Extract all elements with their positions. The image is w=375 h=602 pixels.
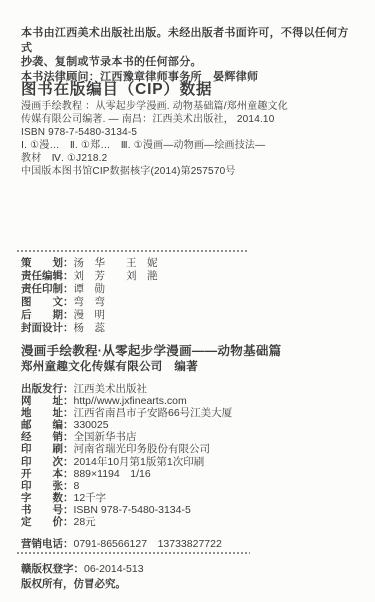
credit-value: 漫 明: [74, 309, 106, 321]
publishing-label: 字 数：: [21, 492, 74, 504]
publishing-label: 地 址：: [21, 407, 74, 419]
credit-row: 图 文：弯 弯: [21, 296, 158, 309]
publishing-row: 印 次：2014年10月第1版第1次印刷: [21, 456, 232, 468]
credit-row: 责任印制：谭 勋: [21, 283, 158, 296]
registration-line: 赣版权登字：06-2014-513: [21, 561, 144, 576]
credit-row: 策 划：汤 华 王 妮: [21, 257, 158, 270]
publishing-label: 经 销：: [21, 431, 74, 443]
publishing-row: 印 张：8: [21, 480, 232, 492]
credit-row: 封面设计：杨 蕊: [21, 322, 158, 335]
publishing-row: 印 刷：河南省瑞光印务股份有限公司: [21, 443, 232, 455]
copyright-page: 本书由江西美术出版社出版。未经出版者书面许可，不得以任何方式 抄袭、复制或节录本…: [0, 0, 375, 602]
publishing-value: 江西省南昌市子安路66号江美大厦: [74, 407, 233, 419]
publishing-row: 定 价：28元: [21, 516, 232, 528]
credit-value: 弯 弯: [74, 296, 106, 308]
credit-row: 责任编辑：刘 芳 刘 滟: [21, 270, 158, 283]
marketing-phone-line: 营销电话：0791-86566127 13733827722: [21, 536, 222, 551]
publishing-value: 全国新华书店: [74, 431, 137, 443]
publishing-value: 2014年10月第1版第1次印刷: [74, 456, 205, 468]
notice-line: 本书由江西美术出版社出版。未经出版者书面许可，不得以任何方式: [21, 26, 356, 55]
registration-value: 06-2014-513: [84, 563, 144, 575]
publishing-label: 书 号：: [21, 504, 74, 516]
publishing-label: 印 刷：: [21, 443, 74, 455]
credit-value: 汤 华 王 妮: [74, 257, 158, 269]
publishing-label: 开 本：: [21, 468, 74, 480]
publishing-value: 889×1194 1/16: [74, 468, 151, 480]
publishing-label: 网 址：: [21, 395, 74, 407]
publishing-value: 河南省瑞光印务股份有限公司: [74, 443, 211, 455]
cip-line: Ⅰ. ①漫… Ⅱ. ①郑… Ⅲ. ①漫画—动物画—绘画技法—: [21, 139, 361, 152]
credit-label: 封面设计：: [21, 322, 74, 334]
publishing-label: 印 次：: [21, 456, 74, 468]
credit-value: 刘 芳 刘 滟: [74, 270, 158, 282]
credits-block: 策 划：汤 华 王 妮 责任编辑：刘 芳 刘 滟 责任印制：谭 勋 图 文：弯 …: [21, 257, 158, 335]
credit-label: 后 期：: [21, 309, 74, 321]
publishing-block: 出版发行：江西美术出版社 网 址：http//www.jxfinearts.co…: [21, 383, 232, 528]
publishing-label: 出版发行：: [21, 383, 74, 395]
publishing-value: 江西美术出版社: [74, 383, 148, 395]
copyright-line: 版权所有，仿冒必究。: [21, 576, 126, 591]
publishing-label: 定 价：: [21, 516, 74, 528]
credit-row: 后 期：漫 明: [21, 309, 158, 322]
cip-line: 漫画手绘教程 ：从零起步学漫画. 动物基础篇/郑州童趣文化: [21, 100, 361, 113]
notice-line: 抄袭、复制或节录本书的任何部分。: [21, 55, 356, 70]
book-author: 郑州童趣文化传媒有限公司 编著: [21, 358, 198, 374]
publishing-row: 开 本：889×1194 1/16: [21, 468, 232, 480]
registration-label: 赣版权登字：: [21, 563, 84, 575]
publishing-value: 8: [74, 480, 80, 492]
publishing-value: ISBN 978-7-5480-3134-5: [74, 504, 191, 516]
marketing-value: 0791-86566127 13733827722: [74, 538, 222, 550]
credit-label: 责任编辑：: [21, 270, 74, 282]
dashed-separator-top: [17, 250, 247, 252]
credit-label: 图 文：: [21, 296, 74, 308]
book-title: 漫画手绘教程·从零起步学漫画——动物基础篇: [21, 341, 281, 359]
credit-value: 杨 蕊: [74, 322, 106, 334]
publishing-row: 邮 编：330025: [21, 419, 232, 431]
dashed-separator-bottom: [17, 552, 250, 554]
publishing-value: 28元: [74, 516, 96, 528]
publishing-row: 经 销：全国新华书店: [21, 431, 232, 443]
publishing-label: 印 张：: [21, 480, 74, 492]
cip-line: ISBN 978-7-5480-3134-5: [21, 126, 361, 139]
publishing-row: 字 数：12千字: [21, 492, 232, 504]
cip-line: 传媒有限公司编著. — 南昌：江西美术出版社， 2014.10: [21, 113, 361, 126]
credit-value: 谭 勋: [74, 283, 106, 295]
publishing-row: 网 址：http//www.jxfinearts.com: [21, 395, 232, 407]
publishing-row: 出版发行：江西美术出版社: [21, 383, 232, 395]
publishing-value: 330025: [74, 419, 109, 431]
publishing-row: 书 号：ISBN 978-7-5480-3134-5: [21, 504, 232, 516]
cip-line: 中国版本图书馆CIP数据核字(2014)第257570号: [21, 165, 361, 178]
cip-line: 教材 Ⅳ. ①J218.2: [21, 152, 361, 165]
publishing-label: 邮 编：: [21, 419, 74, 431]
marketing-label: 营销电话：: [21, 538, 74, 550]
cip-record: 漫画手绘教程 ：从零起步学漫画. 动物基础篇/郑州童趣文化 传媒有限公司编著. …: [21, 100, 361, 178]
publishing-value: 12千字: [74, 492, 107, 504]
publishing-value: http//www.jxfinearts.com: [74, 395, 187, 407]
publishing-row: 地 址：江西省南昌市子安路66号江美大厦: [21, 407, 232, 419]
credit-label: 责任印制：: [21, 283, 74, 295]
credit-label: 策 划：: [21, 257, 74, 269]
cip-heading: 图书在版编目（CIP）数据: [21, 77, 212, 99]
publisher-notice: 本书由江西美术出版社出版。未经出版者书面许可，不得以任何方式 抄袭、复制或节录本…: [21, 26, 356, 84]
